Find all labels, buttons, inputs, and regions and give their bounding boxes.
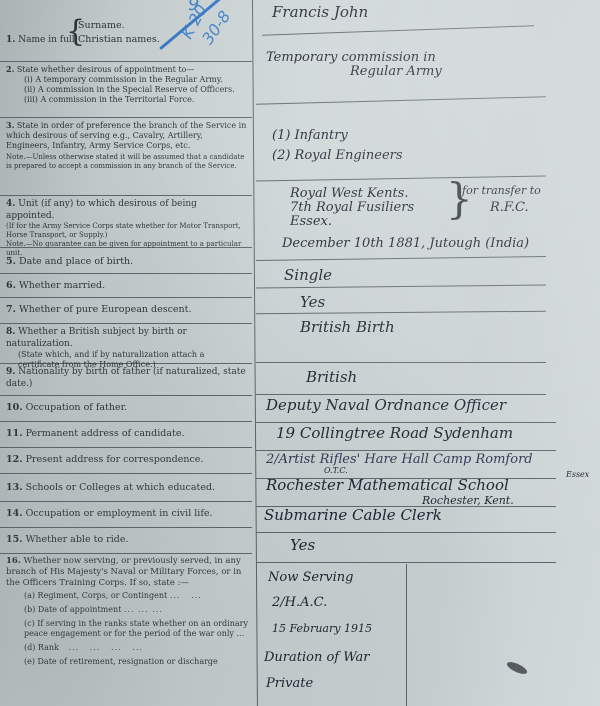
answer-christian-names: Francis John: [272, 3, 368, 21]
christian-names-label: Christian names.: [78, 34, 160, 46]
sub-b: (b) Date of appointment ... ... ...: [6, 605, 248, 615]
question-number: 3.: [6, 120, 14, 130]
question-3: 3. State in order of preference the bran…: [0, 118, 252, 196]
answer-married: Single: [284, 266, 332, 284]
answer-unit-3: Essex.: [290, 214, 332, 229]
question-label: Nationality by birth of father (if natur…: [6, 367, 246, 389]
question-label: Whether able to ride.: [26, 534, 129, 545]
question-9: 9. Nationality by birth of father (if na…: [0, 364, 252, 396]
question-number: 9.: [6, 367, 15, 377]
question-7: 7. Whether of pure European descent.: [0, 298, 252, 324]
answer-rule: [256, 394, 546, 395]
answer-engagement: Duration of War: [264, 650, 369, 665]
sub-d: (d) Rank ... ... ... ...: [6, 643, 248, 653]
answer-appointment-line1: Temporary commission in: [266, 50, 436, 65]
question-label: Whether now serving, or previously serve…: [6, 556, 241, 588]
question-number: 8.: [6, 327, 15, 337]
answer-present-address: 2/Artist Rifles' Hare Hall Camp Romford: [266, 452, 533, 467]
question-1: 1. Name in full { Surname. Christian nam…: [0, 0, 252, 62]
question-number: 15.: [6, 534, 23, 545]
question-subnote: (If for the Army Service Corps state whe…: [6, 222, 248, 240]
answer-rule: [256, 532, 556, 533]
answer-schools: Rochester Mathematical School: [266, 476, 509, 494]
question-number: 7.: [6, 304, 16, 315]
answer-appointment-line2: Regular Army: [350, 64, 442, 79]
question-number: 11.: [6, 428, 23, 439]
option-ii: (ii) A commission in the Special Reserve…: [6, 85, 248, 95]
answer-unit-aside-1: for transfer to: [462, 184, 541, 197]
answer-rule: [256, 96, 546, 105]
question-12: 12. Present address for correspondence.: [0, 448, 252, 474]
question-6: 6. Whether married.: [0, 274, 252, 298]
question-label: Occupation or employment in civil life.: [26, 508, 213, 519]
column-divider-q16: [406, 564, 407, 706]
question-5: 5. Date and place of birth.: [0, 248, 252, 274]
answer-rule: [256, 562, 556, 563]
question-label: Schools or Colleges at which educated.: [26, 482, 215, 493]
question-number: 10.: [6, 402, 23, 413]
question-16: 16. Whether now serving, or previously s…: [0, 554, 252, 706]
question-number: 12.: [6, 454, 23, 465]
answer-father-occupation: Deputy Naval Ordnance Officer: [266, 396, 506, 414]
question-label: State in order of preference the branch …: [6, 121, 246, 150]
answer-rule: [256, 311, 546, 315]
question-number: 4.: [6, 199, 15, 209]
answer-rule: [256, 362, 546, 363]
question-8: 8. Whether a British subject by birth or…: [0, 324, 252, 364]
question-number: 14.: [6, 508, 23, 519]
answer-british-subject: British Birth: [300, 318, 395, 336]
question-label: Whether of pure European descent.: [19, 304, 192, 315]
question-10: 10. Occupation of father.: [0, 396, 252, 422]
answer-unit-2: 7th Royal Fusiliers: [290, 200, 414, 215]
question-4: 4. Unit (if any) to which desirous of be…: [0, 196, 252, 248]
answer-unit-1: Royal West Kents.: [290, 186, 408, 201]
sub-a: (a) Regiment, Corps, or Contingent ... .…: [6, 591, 248, 601]
answer-rule: [256, 284, 546, 288]
sub-c: (c) If serving in the ranks state whethe…: [6, 619, 248, 639]
question-number: 6.: [6, 280, 16, 291]
question-number: 16.: [6, 556, 21, 566]
answer-civil-occupation: Submarine Cable Clerk: [264, 506, 442, 524]
sub-e: (e) Date of retirement, resignation or d…: [6, 657, 248, 667]
answer-branch-1: (1) Infantry: [272, 128, 348, 143]
question-number: 2.: [6, 64, 14, 74]
answer-appointment-date: 15 February 1915: [272, 622, 372, 635]
option-iii: (iii) A commission in the Territorial Fo…: [6, 95, 248, 105]
question-label: Whether married.: [19, 280, 105, 291]
answer-rule: [256, 450, 556, 451]
question-11: 11. Permanent address of candidate.: [0, 422, 252, 448]
answer-present-address-county: Essex: [566, 470, 589, 479]
ink-smudge: [505, 660, 528, 677]
answer-regiment: 2/H.A.C.: [272, 595, 327, 610]
answer-rule: [256, 422, 556, 423]
answer-father-nationality: British: [306, 368, 357, 386]
answer-present-address-otc: O.T.C.: [324, 466, 348, 475]
answer-serving: Now Serving: [268, 570, 353, 585]
question-13: 13. Schools or Colleges at which educate…: [0, 474, 252, 502]
question-label: Date and place of birth.: [19, 256, 133, 267]
question-label: Unit (if any) to which desirous of being…: [6, 199, 197, 221]
question-label: Whether a British subject by birth or na…: [6, 327, 187, 349]
question-2: 2. State whether desirous of appointment…: [0, 62, 252, 118]
answer-birth: December 10th 1881, Jutough (India): [282, 236, 529, 251]
answer-european-descent: Yes: [300, 293, 325, 311]
answer-able-to-ride: Yes: [290, 536, 315, 554]
question-label: Permanent address of candidate.: [26, 428, 185, 439]
answer-rule: [256, 175, 546, 181]
question-label: Occupation of father.: [26, 402, 128, 413]
answer-rule: [256, 256, 546, 261]
question-14: 14. Occupation or employment in civil li…: [0, 502, 252, 528]
surname-label: Surname.: [78, 20, 125, 32]
answer-rule: [262, 25, 534, 35]
question-number: 1.: [6, 35, 15, 45]
question-label: Present address for correspondence.: [26, 454, 204, 465]
column-divider: [252, 0, 258, 706]
answer-rank: Private: [266, 676, 313, 691]
question-number: 13.: [6, 482, 23, 493]
question-number: 5.: [6, 256, 16, 267]
question-15: 15. Whether able to ride.: [0, 528, 252, 554]
question-note: Note.—Unless otherwise stated it will be…: [6, 153, 248, 171]
option-i: (i) A temporary commission in the Regula…: [6, 75, 248, 85]
answer-unit-aside-2: R.F.C.: [490, 200, 529, 215]
application-form-page: 9 K 20 30-8 1. Name in full { Surname. C…: [0, 0, 600, 706]
answer-branch-2: (2) Royal Engineers: [272, 148, 403, 163]
question-label: State whether desirous of appointment to…: [17, 65, 194, 74]
answer-permanent-address: 19 Collingtree Road Sydenham: [276, 424, 513, 442]
